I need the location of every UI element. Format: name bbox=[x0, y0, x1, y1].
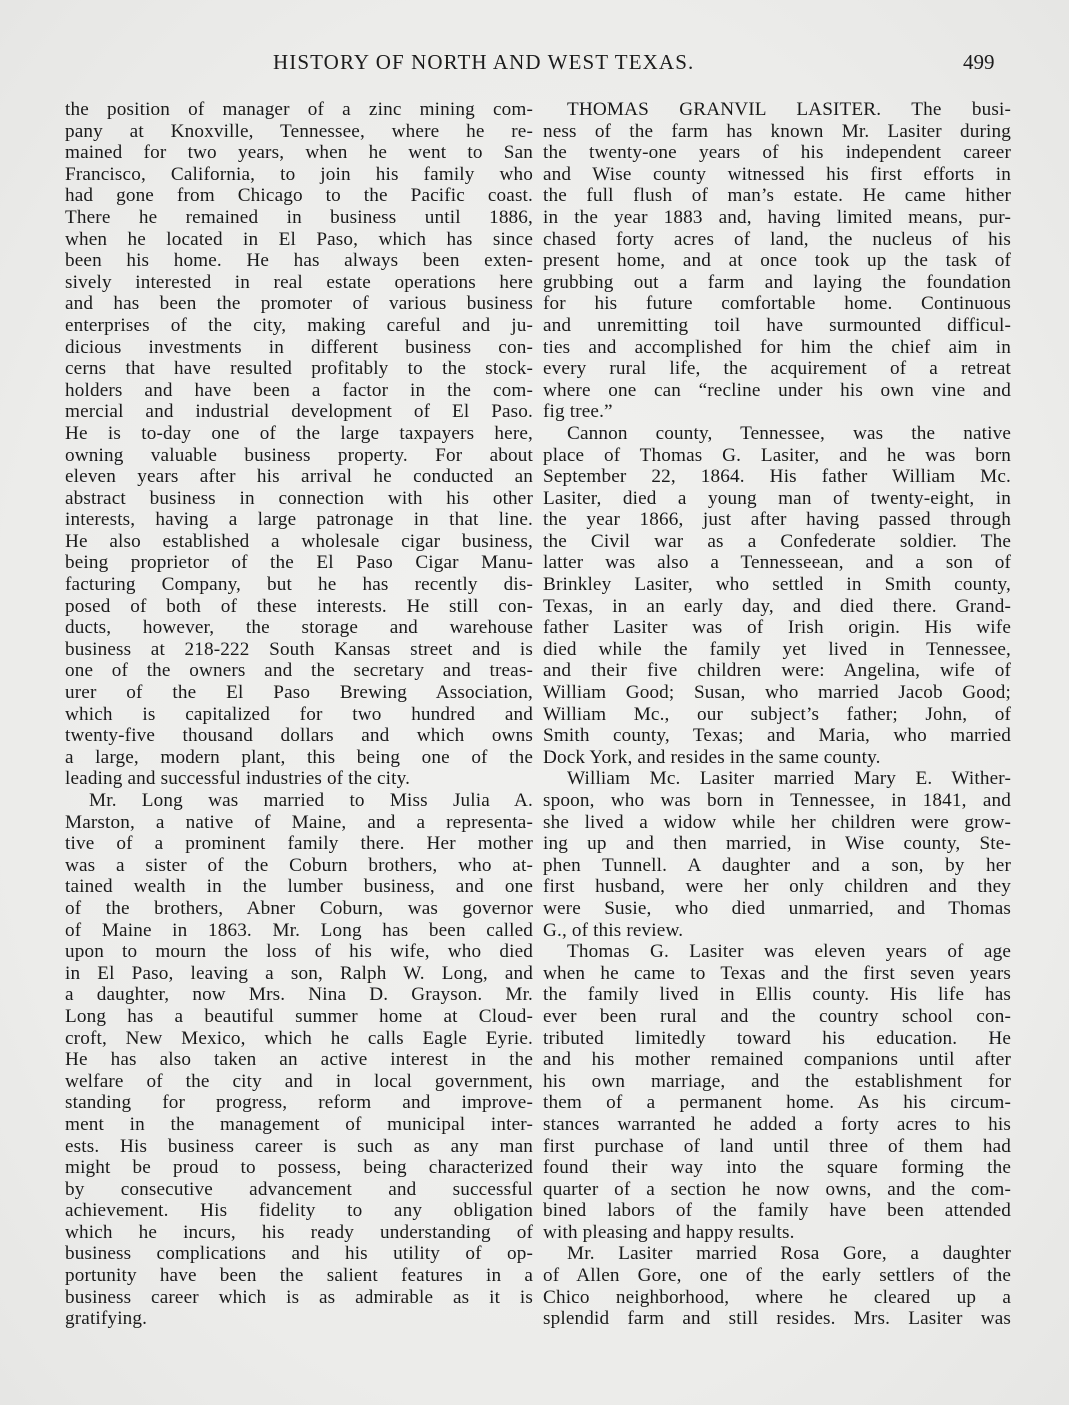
text-line: ests. His business career is such as any… bbox=[65, 1136, 533, 1158]
text-line: father Lasiter was of Irish origin. His … bbox=[543, 617, 1011, 639]
text-line: which is capitalized for two hundred and bbox=[65, 704, 533, 726]
book-page: HISTORY OF NORTH AND WEST TEXAS. 499 the… bbox=[0, 0, 1069, 1405]
running-title: HISTORY OF NORTH AND WEST TEXAS. bbox=[273, 50, 694, 75]
text-line: and has been the promoter of various bus… bbox=[65, 293, 533, 315]
text-line: the twenty-one years of his independent … bbox=[543, 142, 1011, 164]
text-line: facturing Company, but he has recently d… bbox=[65, 574, 533, 596]
text-line: by consecutive advancement and successfu… bbox=[65, 1179, 533, 1201]
text-line: tive of a prominent family there. Her mo… bbox=[65, 833, 533, 855]
text-line: and Wise county witnessed his first effo… bbox=[543, 164, 1011, 186]
text-line: might be proud to possess, being charact… bbox=[65, 1157, 533, 1179]
text-line: ment in the management of municipal inte… bbox=[65, 1114, 533, 1136]
text-line: ness of the farm has known Mr. Lasiter d… bbox=[543, 121, 1011, 143]
text-line: them of a permanent home. As his circum- bbox=[543, 1092, 1011, 1114]
text-line: found their way into the square forming … bbox=[543, 1157, 1011, 1179]
text-line: tained wealth in the lumber business, an… bbox=[65, 876, 533, 898]
text-line: Dock York, and resides in the same count… bbox=[543, 747, 1011, 769]
text-line: dicious investments in different busines… bbox=[65, 337, 533, 359]
text-line: for his future comfortable home. Continu… bbox=[543, 293, 1011, 315]
text-line: cerns that have resulted profitably to t… bbox=[65, 358, 533, 380]
text-line: spoon, who was born in Tennessee, in 184… bbox=[543, 790, 1011, 812]
text-line: first husband, were her only children an… bbox=[543, 876, 1011, 898]
text-line: achievement. His fidelity to any obligat… bbox=[65, 1200, 533, 1222]
text-line: and his mother remained companions until… bbox=[543, 1049, 1011, 1071]
text-line: the year 1866, just after having passed … bbox=[543, 509, 1011, 531]
text-line: Mr. Long was married to Miss Julia A. bbox=[65, 790, 533, 812]
text-line: business at 218-222 South Kansas street … bbox=[65, 639, 533, 661]
text-line: There he remained in business until 1886… bbox=[65, 207, 533, 229]
text-line: had gone from Chicago to the Pacific coa… bbox=[65, 185, 533, 207]
text-line: abstract business in connection with his… bbox=[65, 488, 533, 510]
text-line: welfare of the city and in local governm… bbox=[65, 1071, 533, 1093]
text-line: Lasiter, died a young man of twenty-eigh… bbox=[543, 488, 1011, 510]
text-line: of the brothers, Abner Coburn, was gover… bbox=[65, 898, 533, 920]
text-line: a large, modern plant, this being one of… bbox=[65, 747, 533, 769]
text-line: the family lived in Ellis county. His li… bbox=[543, 984, 1011, 1006]
text-line: Brinkley Lasiter, who settled in Smith c… bbox=[543, 574, 1011, 596]
text-line: Texas, in an early day, and died there. … bbox=[543, 596, 1011, 618]
text-line: latter was also a Tennesseean, and a son… bbox=[543, 552, 1011, 574]
text-line: and their five children were: Angelina, … bbox=[543, 660, 1011, 682]
text-line: quarter of a section he now owns, and th… bbox=[543, 1179, 1011, 1201]
text-line: chased forty acres of land, the nucleus … bbox=[543, 229, 1011, 251]
text-line: posed of both of these interests. He sti… bbox=[65, 596, 533, 618]
text-line: ever been rural and the country school c… bbox=[543, 1006, 1011, 1028]
text-line: pany at Knoxville, Tennessee, where he r… bbox=[65, 121, 533, 143]
text-line: was a sister of the Coburn brothers, who… bbox=[65, 855, 533, 877]
text-line: being proprietor of the El Paso Cigar Ma… bbox=[65, 552, 533, 574]
text-line: died while the family yet lived in Tenne… bbox=[543, 639, 1011, 661]
text-line: portunity have been the salient features… bbox=[65, 1265, 533, 1287]
text-line: owning valuable business property. For a… bbox=[65, 445, 533, 467]
text-line: with pleasing and happy results. bbox=[543, 1222, 1011, 1244]
text-line: place of Thomas G. Lasiter, and he was b… bbox=[543, 445, 1011, 467]
text-line: gratifying. bbox=[65, 1308, 533, 1330]
text-line: tributed limitedly toward his education.… bbox=[543, 1028, 1011, 1050]
text-line: Mr. Lasiter married Rosa Gore, a daughte… bbox=[543, 1243, 1011, 1265]
text-line: in El Paso, leaving a son, Ralph W. Long… bbox=[65, 963, 533, 985]
text-line: Marston, a native of Maine, and a repres… bbox=[65, 812, 533, 834]
text-line: interests, having a large patronage in t… bbox=[65, 509, 533, 531]
text-line: bined labors of the family have been att… bbox=[543, 1200, 1011, 1222]
text-line: Cannon county, Tennessee, was the native bbox=[543, 423, 1011, 445]
text-line: enterprises of the city, making careful … bbox=[65, 315, 533, 337]
text-line: William Good; Susan, who married Jacob G… bbox=[543, 682, 1011, 704]
text-line: splendid farm and still resides. Mrs. La… bbox=[543, 1308, 1011, 1330]
text-line: when he came to Texas and the first seve… bbox=[543, 963, 1011, 985]
text-line: upon to mourn the loss of his wife, who … bbox=[65, 941, 533, 963]
text-line: urer of the El Paso Brewing Association, bbox=[65, 682, 533, 704]
text-line: croft, New Mexico, which he calls Eagle … bbox=[65, 1028, 533, 1050]
page-number: 499 bbox=[963, 50, 995, 75]
text-line: September 22, 1864. His father William M… bbox=[543, 466, 1011, 488]
text-line: He has also taken an active interest in … bbox=[65, 1049, 533, 1071]
text-line: holders and have been a factor in the co… bbox=[65, 380, 533, 402]
text-line: mercial and industrial development of El… bbox=[65, 401, 533, 423]
text-line: business career which is as admirable as… bbox=[65, 1287, 533, 1309]
text-line: where one can “recline under his own vin… bbox=[543, 380, 1011, 402]
text-line: the position of manager of a zinc mining… bbox=[65, 99, 533, 121]
text-line: grubbing out a farm and laying the found… bbox=[543, 272, 1011, 294]
text-line: mained for two years, when he went to Sa… bbox=[65, 142, 533, 164]
text-line: ing up and then married, in Wise county,… bbox=[543, 833, 1011, 855]
text-line: stances warranted he added a forty acres… bbox=[543, 1114, 1011, 1136]
text-line: leading and successful industries of the… bbox=[65, 768, 533, 790]
text-line: were Susie, who died unmarried, and Thom… bbox=[543, 898, 1011, 920]
text-line: one of the owners and the secretary and … bbox=[65, 660, 533, 682]
text-line: she lived a widow while her children wer… bbox=[543, 812, 1011, 834]
text-line: twenty-five thousand dollars and which o… bbox=[65, 725, 533, 747]
text-line: of Maine in 1863. Mr. Long has been call… bbox=[65, 920, 533, 942]
text-line: THOMAS GRANVIL LASITER. The busi- bbox=[543, 99, 1011, 121]
text-line: William Mc., our subject’s father; John,… bbox=[543, 704, 1011, 726]
text-line: ducts, however, the storage and warehous… bbox=[65, 617, 533, 639]
text-line: of Allen Gore, one of the early settlers… bbox=[543, 1265, 1011, 1287]
text-line: sively interested in real estate operati… bbox=[65, 272, 533, 294]
text-line: been his home. He has always been exten- bbox=[65, 250, 533, 272]
text-line: in the year 1883 and, having limited mea… bbox=[543, 207, 1011, 229]
text-line: standing for progress, reform and improv… bbox=[65, 1092, 533, 1114]
text-line: and unremitting toil have surmounted dif… bbox=[543, 315, 1011, 337]
text-line: fig tree.” bbox=[543, 401, 1011, 423]
text-line: when he located in El Paso, which has si… bbox=[65, 229, 533, 251]
text-line: first purchase of land until three of th… bbox=[543, 1136, 1011, 1158]
text-line: his own marriage, and the establishment … bbox=[543, 1071, 1011, 1093]
text-line: William Mc. Lasiter married Mary E. With… bbox=[543, 768, 1011, 790]
text-line: present home, and at once took up the ta… bbox=[543, 250, 1011, 272]
text-line: a daughter, now Mrs. Nina D. Grayson. Mr… bbox=[65, 984, 533, 1006]
text-line: Francisco, California, to join his famil… bbox=[65, 164, 533, 186]
text-line: Thomas G. Lasiter was eleven years of ag… bbox=[543, 941, 1011, 963]
text-line: He is to-day one of the large taxpayers … bbox=[65, 423, 533, 445]
right-column: THOMAS GRANVIL LASITER. The busi-ness of… bbox=[543, 99, 1011, 1330]
text-line: the full flush of man’s estate. He came … bbox=[543, 185, 1011, 207]
text-line: Chico neighborhood, where he cleared up … bbox=[543, 1287, 1011, 1309]
text-line: the Civil war as a Confederate soldier. … bbox=[543, 531, 1011, 553]
text-line: G., of this review. bbox=[543, 920, 1011, 942]
text-line: phen Tunnell. A daughter and a son, by h… bbox=[543, 855, 1011, 877]
text-line: ties and accomplished for him the chief … bbox=[543, 337, 1011, 359]
text-line: Long has a beautiful summer home at Clou… bbox=[65, 1006, 533, 1028]
text-line: He also established a wholesale cigar bu… bbox=[65, 531, 533, 553]
text-line: every rural life, the acquirement of a r… bbox=[543, 358, 1011, 380]
text-line: business complications and his utility o… bbox=[65, 1243, 533, 1265]
text-line: eleven years after his arrival he conduc… bbox=[65, 466, 533, 488]
text-line: which he incurs, his ready understanding… bbox=[65, 1222, 533, 1244]
text-line: Smith county, Texas; and Maria, who marr… bbox=[543, 725, 1011, 747]
left-column: the position of manager of a zinc mining… bbox=[65, 99, 533, 1330]
